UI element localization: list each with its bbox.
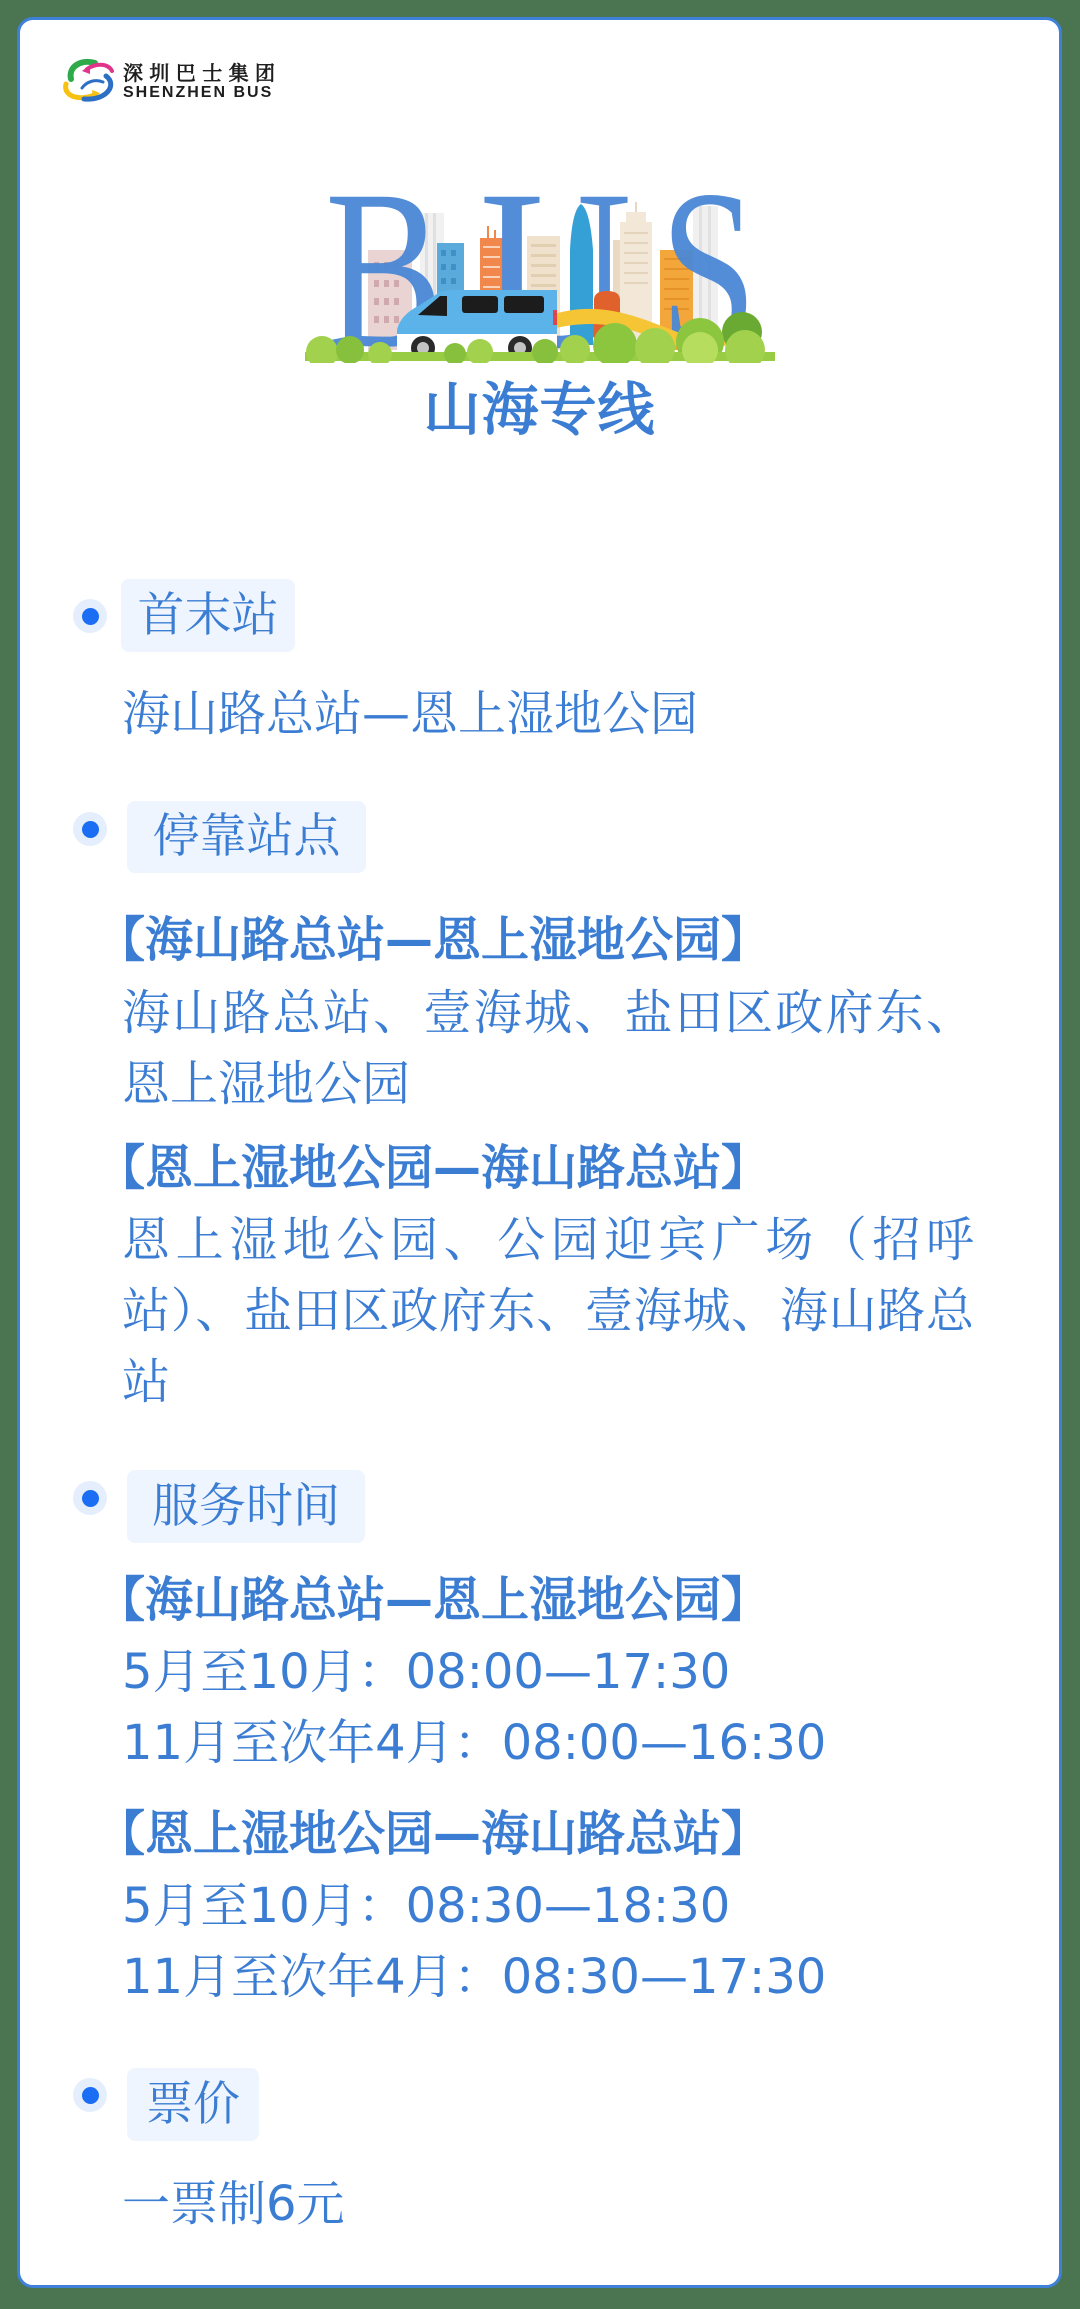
stops-list: 海山路总站、壹海城、盐田区政府东、恩上湿地公园 — [122, 978, 974, 1120]
service-hours-line: 5月至10月：08:00—17:30 — [122, 1637, 974, 1708]
route-heading: 【恩上湿地公园—海山路总站】 — [97, 1799, 769, 1870]
stops-list: 恩上湿地公园、公园迎宾广场（招呼站）、盐田区政府东、壹海城、海山路总站 — [122, 1205, 974, 1418]
service-hours: 5月至10月：08:30—18:30 11月至次年4月：08:30—17:30 — [122, 1871, 974, 2013]
service-hours-line: 11月至次年4月：08:00—16:30 — [122, 1708, 974, 1779]
brand-name-en: SHENZHEN BUS — [123, 85, 273, 101]
section-label-fare: 票价 — [127, 2068, 259, 2141]
brand-name-cn: 深圳巴士集团 — [123, 63, 281, 84]
shenzhen-bus-logo-icon — [62, 57, 118, 103]
bullet-dot-icon — [73, 1481, 107, 1515]
route-heading: 【恩上湿地公园—海山路总站】 — [97, 1133, 769, 1204]
service-hours-line: 5月至10月：08:30—18:30 — [122, 1871, 974, 1942]
fare-text: 一票制6元 — [122, 2169, 974, 2240]
route-heading: 【海山路总站—恩上湿地公园】 — [97, 905, 769, 976]
bullet-dot-icon — [73, 2078, 107, 2112]
route-heading: 【海山路总站—恩上湿地公园】 — [97, 1565, 769, 1636]
service-hours-line: 11月至次年4月：08:30—17:30 — [122, 1942, 974, 2013]
terminals-text: 海山路总站—恩上湿地公园 — [122, 679, 974, 750]
bullet-dot-icon — [73, 599, 107, 633]
section-label-terminals: 首末站 — [121, 579, 295, 652]
bullet-dot-icon — [73, 812, 107, 846]
section-label-stops: 停靠站点 — [127, 801, 366, 873]
page: 深圳巴士集团 SHENZHEN BUS — [0, 0, 1080, 2309]
section-label-service-hours: 服务时间 — [127, 1470, 365, 1543]
page-title: 山海专线 — [17, 375, 1062, 445]
bus-city-skyline-illustration: B U S — [303, 186, 783, 363]
service-hours: 5月至10月：08:00—17:30 11月至次年4月：08:00—16:30 — [122, 1637, 974, 1779]
